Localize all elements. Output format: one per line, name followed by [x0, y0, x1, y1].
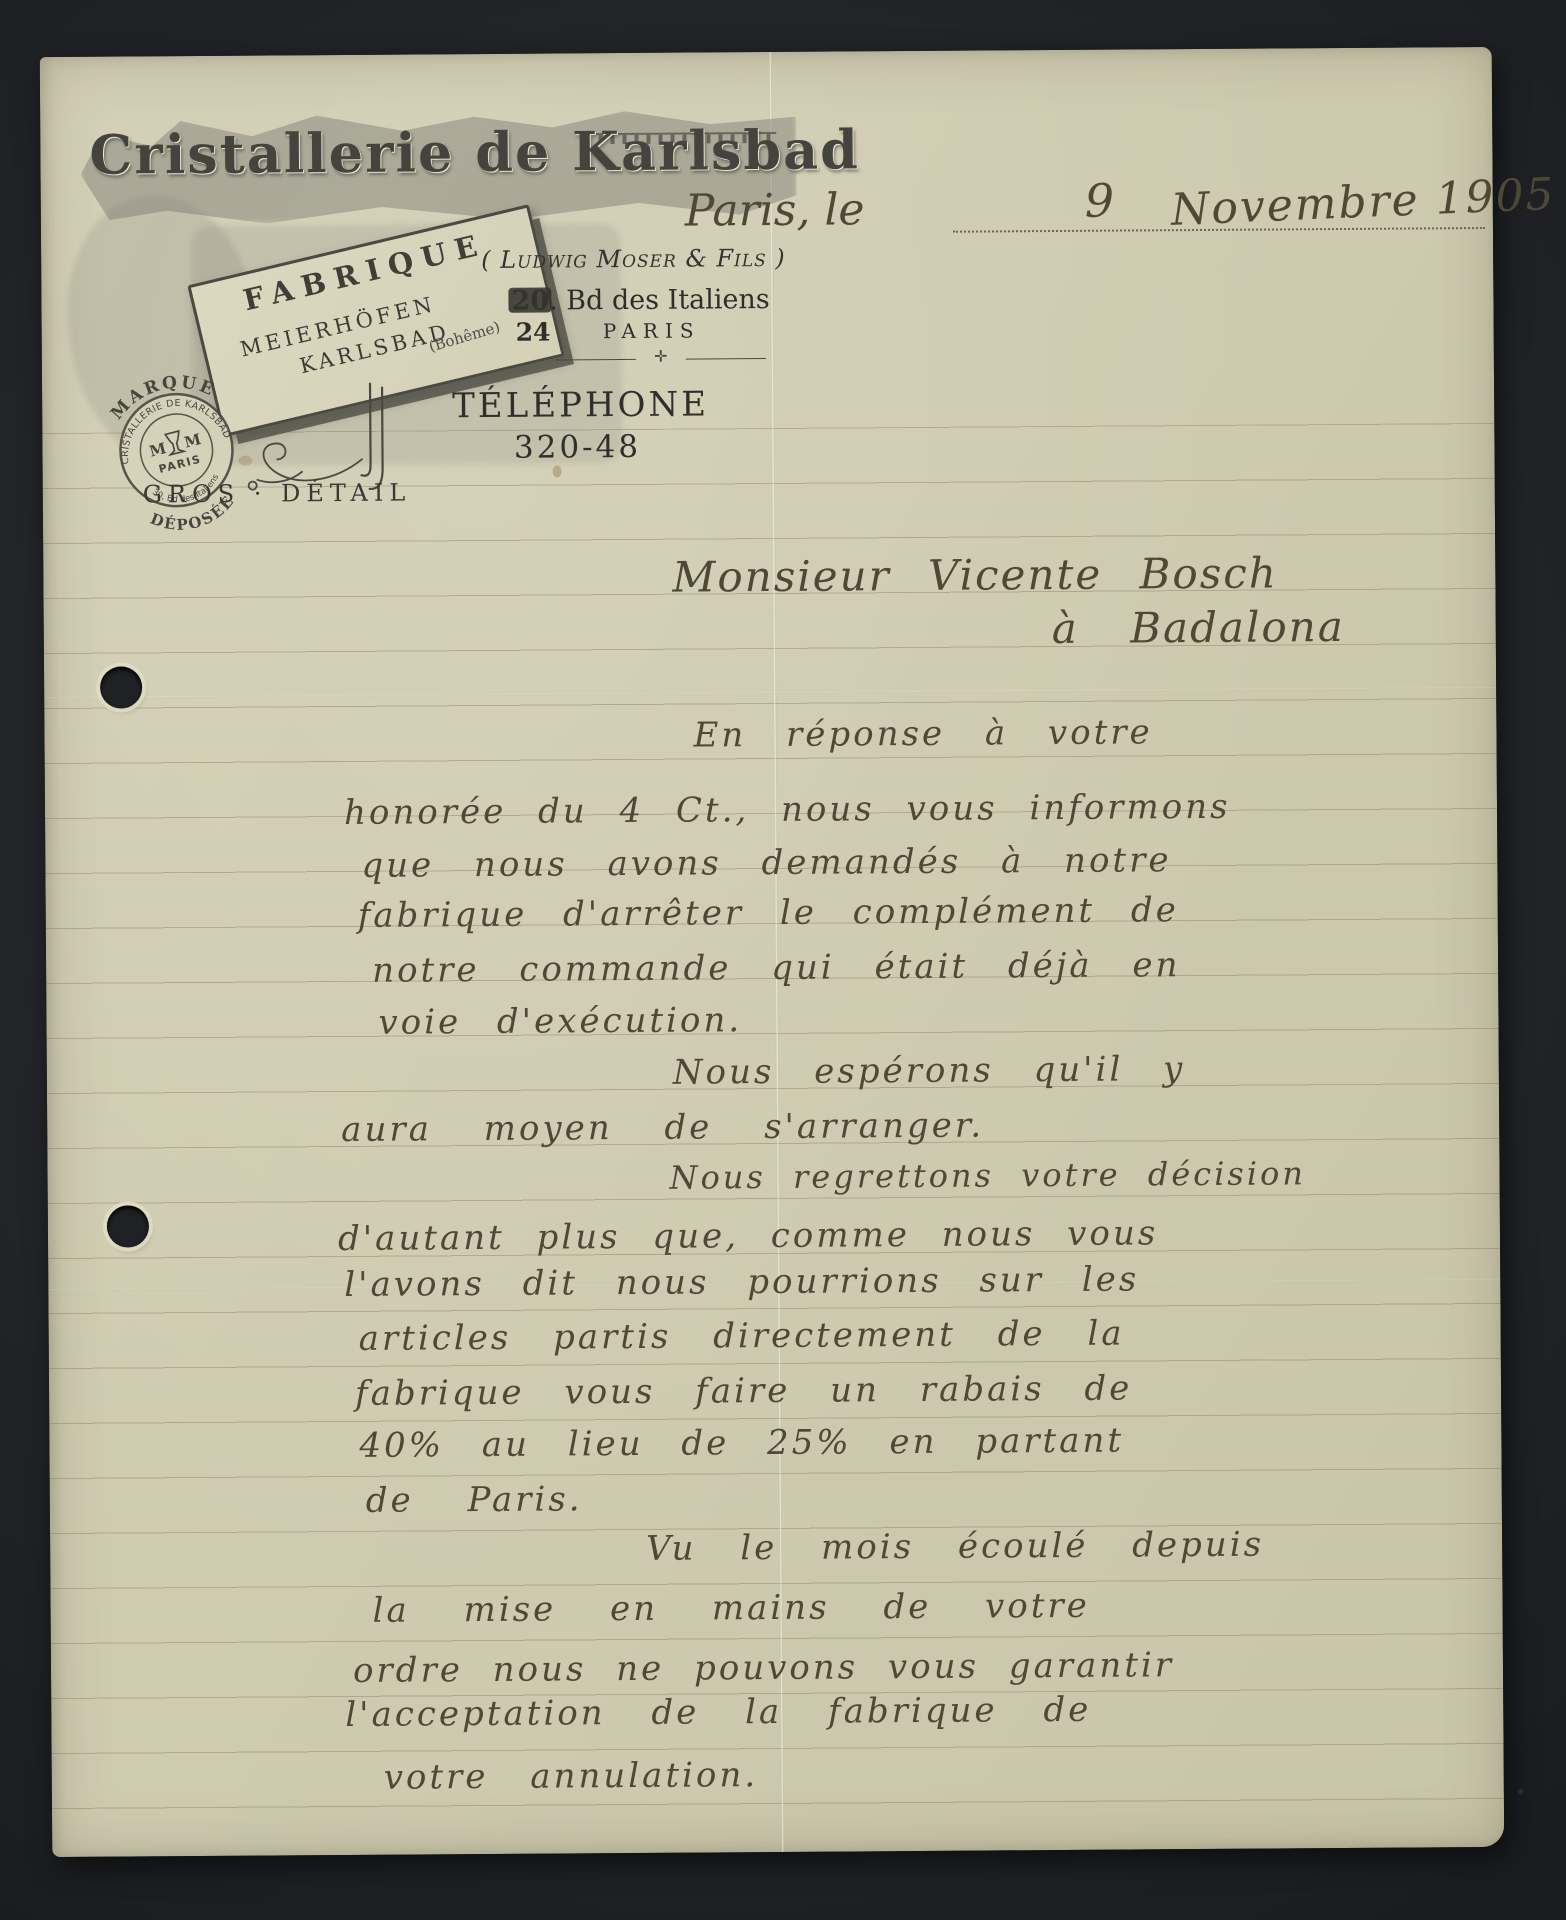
punch-hole-bottom: [107, 1205, 149, 1247]
phone-number: 320-48: [452, 428, 702, 466]
punch-hole-top: [100, 666, 142, 708]
letter-sheet: Cristallerie de Karlsbad FABRIQUE MEIERH…: [40, 47, 1505, 1857]
body-line: Nous espérons qu'il y: [673, 1049, 1186, 1093]
phone-label: TÉLÉPHONE: [452, 384, 702, 426]
date-month-year: Novembre 1905: [1170, 169, 1557, 236]
cross-icon: ✛: [556, 346, 766, 366]
body-line: Vu le mois écoulé depuis: [646, 1525, 1264, 1569]
old-street-number: 20: [511, 286, 549, 317]
body-line: voie d'exécution.: [378, 1000, 742, 1043]
body-line: notre commande qui était déjà en: [372, 945, 1181, 991]
body-line: l'acceptation de la fabrique de: [345, 1690, 1091, 1735]
body-line: En réponse à votre: [693, 712, 1152, 755]
body-line: ordre nous ne pouvons vous garantir: [353, 1645, 1174, 1691]
body-line: que nous avons demandés à notre: [361, 840, 1171, 886]
body-line: la mise en mains de votre: [372, 1586, 1089, 1631]
foxing-stain: [553, 465, 562, 477]
date-day: 9: [1085, 174, 1115, 228]
street-address: 20. Bd des Italiens: [511, 284, 769, 317]
body-line: Nous regrettons votre décision: [669, 1154, 1306, 1196]
new-street-number: 24: [516, 318, 551, 347]
horizontal-fold-crease: [44, 687, 1496, 699]
body-line: aura moyen de s'arranger.: [341, 1106, 984, 1150]
foxing-stain: [239, 456, 253, 466]
date-prefix: Paris, le: [685, 184, 865, 236]
date-line: Paris, le 9 Novembre 1905: [684, 153, 1491, 245]
city-label: PARIS: [582, 318, 722, 343]
owners-line: ( Ludwig Moser & Fils ): [481, 244, 781, 274]
body-line: d'autant plus que, comme nous vous: [338, 1213, 1159, 1259]
recipient-name: Monsieur Vicente Bosch: [672, 548, 1278, 601]
body-line: l'avons dit nous pourrions sur les: [344, 1259, 1139, 1305]
body-line: fabrique d'arrêter le complément de: [358, 890, 1179, 936]
body-line: de Paris.: [366, 1479, 583, 1521]
body-line: articles partis directement de la: [359, 1314, 1125, 1359]
ornament-divider: ✛: [556, 352, 766, 365]
body-line: 40% au lieu de 25% en partant: [359, 1421, 1124, 1466]
trade-line: GROS · DÉTAIL: [143, 478, 473, 508]
recipient-city: à Badalona: [1052, 602, 1345, 653]
body-line: honorée du 4 Ct., nous vous informons: [344, 787, 1231, 833]
body-line: votre annulation.: [384, 1755, 759, 1798]
body-line: fabrique vous faire un rabais de: [355, 1368, 1133, 1413]
street-name: . Bd des Italiens: [549, 284, 770, 317]
ink-dot: [1518, 1789, 1524, 1795]
